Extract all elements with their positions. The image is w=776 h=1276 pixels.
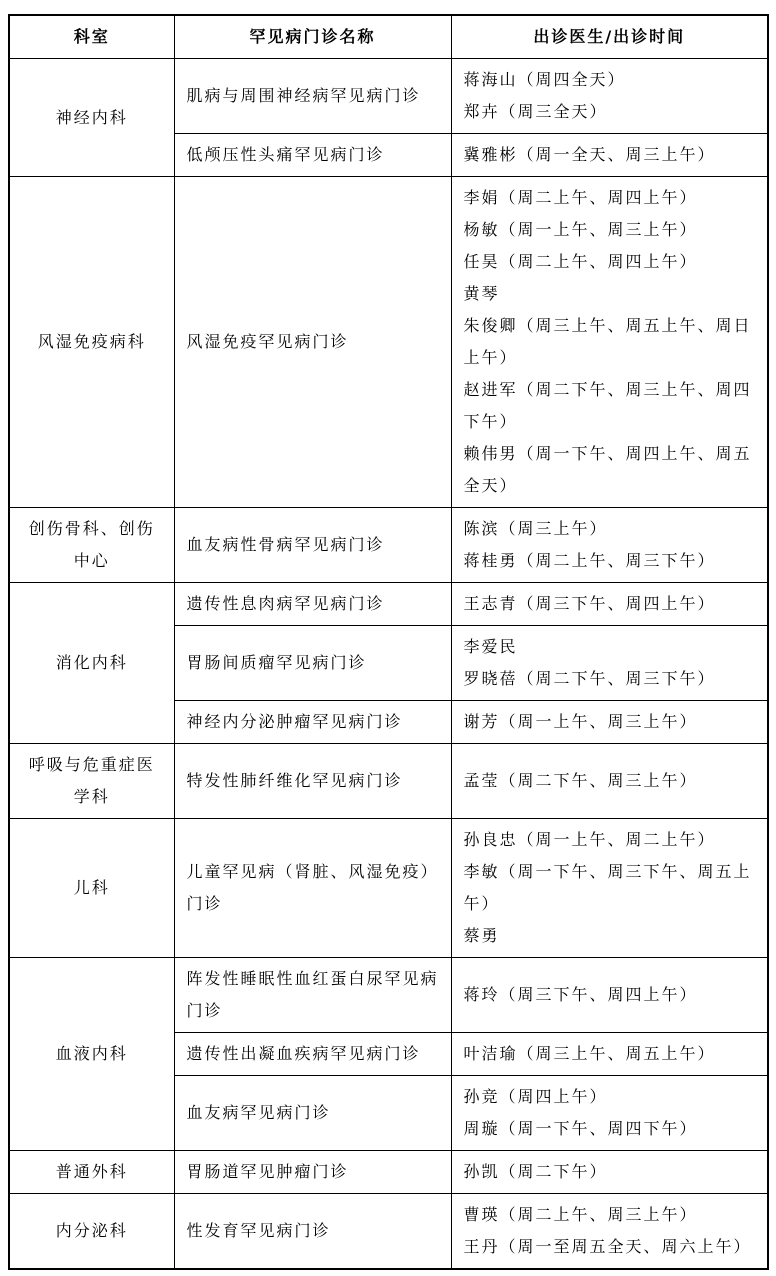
doctor-line: 王丹（周一至周五全天、周六上午）	[464, 1231, 756, 1263]
doctor-line: 赖伟男（周一下午、周四上午、周五全天）	[464, 438, 756, 502]
doctor-line: 周璇（周一下午、周四下午）	[464, 1113, 756, 1145]
clinic-name-cell: 特发性肺纤维化罕见病门诊	[174, 744, 451, 819]
doctor-line: 孙良忠（周一上午、周二上午）	[464, 824, 756, 856]
table-row: 风湿免疫病科 风湿免疫罕见病门诊 李娟（周二上午、周四上午） 杨敏（周一上午、周…	[9, 177, 768, 508]
table-row: 神经内科 肌病与周围神经病罕见病门诊 蒋海山（周四全天） 郑卉（周三全天）	[9, 59, 768, 134]
doctor-line: 叶洁瑜（周三上午、周五上午）	[464, 1038, 756, 1070]
clinic-name-cell: 性发育罕见病门诊	[174, 1194, 451, 1270]
doctors-cell: 陈滨（周三上午） 蒋桂勇（周二上午、周三下午）	[451, 508, 768, 583]
doctor-line: 杨敏（周一上午、周三上午）	[464, 214, 756, 246]
doctor-line: 蒋玲（周三下午、周四上午）	[464, 979, 756, 1011]
doctor-line: 黄琴	[464, 278, 756, 310]
doctor-line: 蒋桂勇（周二上午、周三下午）	[464, 545, 756, 577]
doctor-line: 孟莹（周二下午、周三上午）	[464, 765, 756, 797]
clinic-name-cell: 儿童罕见病（肾脏、风湿免疫）门诊	[174, 819, 451, 958]
doctor-line: 谢芳（周一上午、周三上午）	[464, 706, 756, 738]
doctors-cell: 曹瑛（周二上午、周三上午） 王丹（周一至周五全天、周六上午）	[451, 1194, 768, 1270]
table-row: 创伤骨科、创伤中心 血友病性骨病罕见病门诊 陈滨（周三上午） 蒋桂勇（周二上午、…	[9, 508, 768, 583]
doctors-cell: 谢芳（周一上午、周三上午）	[451, 701, 768, 744]
doctor-line: 蒋海山（周四全天）	[464, 64, 756, 96]
table-row: 儿科 儿童罕见病（肾脏、风湿免疫）门诊 孙良忠（周一上午、周二上午） 李敏（周一…	[9, 819, 768, 958]
doctor-line: 罗晓蓓（周二下午、周三下午）	[464, 663, 756, 695]
doctors-cell: 孙竞（周四上午） 周璇（周一下午、周四下午）	[451, 1076, 768, 1151]
doctor-line: 陈滨（周三上午）	[464, 513, 756, 545]
doctor-line: 王志青（周三下午、周四上午）	[464, 588, 756, 620]
department-cell-hematology: 血液内科	[9, 958, 174, 1151]
header-department: 科室	[9, 15, 174, 59]
department-cell-trauma: 创伤骨科、创伤中心	[9, 508, 174, 583]
clinic-name-cell: 低颅压性头痛罕见病门诊	[174, 134, 451, 177]
header-clinic-name: 罕见病门诊名称	[174, 15, 451, 59]
doctors-cell: 叶洁瑜（周三上午、周五上午）	[451, 1033, 768, 1076]
clinic-name-cell: 遗传性息肉病罕见病门诊	[174, 583, 451, 626]
table-row: 血液内科 阵发性睡眠性血红蛋白尿罕见病门诊 蒋玲（周三下午、周四上午）	[9, 958, 768, 1033]
clinic-name-cell: 遗传性出凝血疾病罕见病门诊	[174, 1033, 451, 1076]
clinic-name-cell: 阵发性睡眠性血红蛋白尿罕见病门诊	[174, 958, 451, 1033]
doctors-cell: 冀雅彬（周一全天、周三上午）	[451, 134, 768, 177]
doctors-cell: 李爱民 罗晓蓓（周二下午、周三下午）	[451, 626, 768, 701]
table-row: 呼吸与危重症医学科 特发性肺纤维化罕见病门诊 孟莹（周二下午、周三上午）	[9, 744, 768, 819]
doctor-line: 郑卉（周三全天）	[464, 96, 756, 128]
clinic-name-cell: 血友病罕见病门诊	[174, 1076, 451, 1151]
clinic-name-cell: 胃肠道罕见肿瘤门诊	[174, 1151, 451, 1194]
document-page: 科室 罕见病门诊名称 出诊医生/出诊时间 神经内科 肌病与周围神经病罕见病门诊 …	[0, 0, 776, 1276]
doctor-line: 孙竞（周四上午）	[464, 1081, 756, 1113]
doctor-line: 曹瑛（周二上午、周三上午）	[464, 1199, 756, 1231]
department-cell-respiratory: 呼吸与危重症医学科	[9, 744, 174, 819]
department-cell-general-surgery: 普通外科	[9, 1151, 174, 1194]
doctors-cell: 孙凯（周二下午）	[451, 1151, 768, 1194]
doctor-line: 任昊（周二上午、周四上午）	[464, 246, 756, 278]
doctors-cell: 李娟（周二上午、周四上午） 杨敏（周一上午、周三上午） 任昊（周二上午、周四上午…	[451, 177, 768, 508]
doctor-line: 李爱民	[464, 631, 756, 663]
clinic-name-cell: 血友病性骨病罕见病门诊	[174, 508, 451, 583]
department-cell-pediatrics: 儿科	[9, 819, 174, 958]
doctor-line: 蔡勇	[464, 920, 756, 952]
header-row: 科室 罕见病门诊名称 出诊医生/出诊时间	[9, 15, 768, 59]
clinic-name-cell: 神经内分泌肿瘤罕见病门诊	[174, 701, 451, 744]
clinic-name-cell: 风湿免疫罕见病门诊	[174, 177, 451, 508]
clinic-name-cell: 肌病与周围神经病罕见病门诊	[174, 59, 451, 134]
table-row: 消化内科 遗传性息肉病罕见病门诊 王志青（周三下午、周四上午）	[9, 583, 768, 626]
clinic-name-cell: 胃肠间质瘤罕见病门诊	[174, 626, 451, 701]
table-row: 内分泌科 性发育罕见病门诊 曹瑛（周二上午、周三上午） 王丹（周一至周五全天、周…	[9, 1194, 768, 1270]
department-cell-rheumatology: 风湿免疫病科	[9, 177, 174, 508]
table-row: 普通外科 胃肠道罕见肿瘤门诊 孙凯（周二下午）	[9, 1151, 768, 1194]
doctors-cell: 蒋玲（周三下午、周四上午）	[451, 958, 768, 1033]
header-doctor-schedule: 出诊医生/出诊时间	[451, 15, 768, 59]
department-cell-endocrinology: 内分泌科	[9, 1194, 174, 1270]
doctor-line: 李敏（周一下午、周三下午、周五上午）	[464, 856, 756, 920]
doctors-cell: 王志青（周三下午、周四上午）	[451, 583, 768, 626]
rare-disease-clinic-table: 科室 罕见病门诊名称 出诊医生/出诊时间 神经内科 肌病与周围神经病罕见病门诊 …	[8, 14, 769, 1270]
doctors-cell: 孙良忠（周一上午、周二上午） 李敏（周一下午、周三下午、周五上午） 蔡勇	[451, 819, 768, 958]
department-cell-neurology: 神经内科	[9, 59, 174, 177]
doctor-line: 赵进军（周二下午、周三上午、周四下午）	[464, 374, 756, 438]
department-cell-gastroenterology: 消化内科	[9, 583, 174, 744]
doctor-line: 孙凯（周二下午）	[464, 1156, 756, 1188]
doctor-line: 李娟（周二上午、周四上午）	[464, 182, 756, 214]
doctors-cell: 孟莹（周二下午、周三上午）	[451, 744, 768, 819]
doctor-line: 冀雅彬（周一全天、周三上午）	[464, 139, 756, 171]
doctors-cell: 蒋海山（周四全天） 郑卉（周三全天）	[451, 59, 768, 134]
doctor-line: 朱俊卿（周三上午、周五上午、周日上午）	[464, 310, 756, 374]
